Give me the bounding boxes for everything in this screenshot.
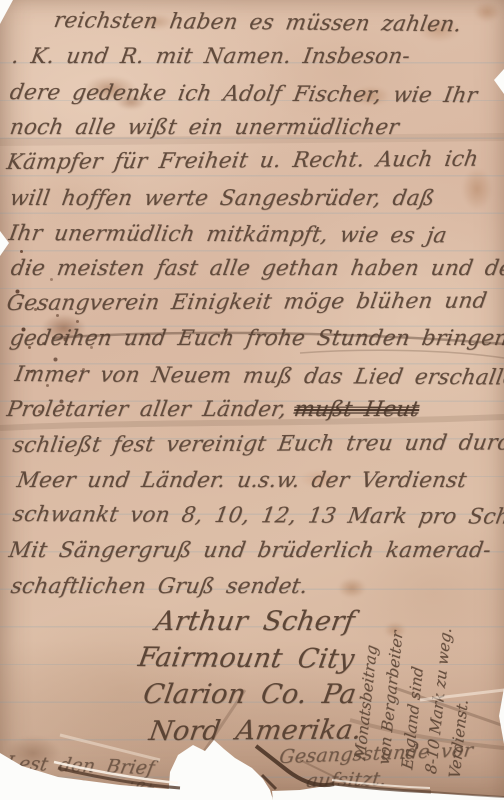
handwriting-line: . K. und R. mit Namen. Insbeson- [10,44,412,69]
handwriting-line: Proletarier aller Länder,mußt Heut [5,397,421,422]
signature-city-line: Fairmount City [136,642,357,675]
handwriting-line: Meer und Länder. u.s.w. der Verdienst [15,468,468,493]
signature-country-line: Nord Amerika. [147,715,364,747]
handwriting-line: will hoffen werte Sangesbrüder, daß [8,186,436,211]
postscript-fragment: aufsitzt. [305,768,388,792]
stain [338,578,366,598]
stain [474,2,500,22]
handwriting-line: noch alle wißt ein unermüdlicher [8,115,401,140]
signature-name-line: Arthur Scherf [153,606,357,637]
handwriting-line: reichsten haben es müssen zahlen. [52,8,463,37]
handwriting-line: Gesangverein Einigkeit möge blühen und [5,288,489,316]
handwriting-line: Mit Sängergruß und brüderlich kamerad- [7,538,493,563]
handwriting-line: dere gedenke ich Adolf Fischer, wie Ihr [8,80,479,108]
handwriting-text: Proletarier aller Länder, [5,397,288,422]
handwriting-line: die meisten fast alle gethan haben und d… [9,256,504,281]
postscript-fragment: daß Ihr wißt [20,776,156,800]
strikethrough-text: mußt Heut [292,397,421,422]
handwriting-line: schaftlichen Gruß sendet. [9,574,309,599]
handwriting-line: schwankt von 8, 10, 12, 13 Mark pro Schi… [11,502,504,530]
signature-county-line: Clarion Co. Pa [141,679,359,710]
handwriting-line: schließt fest vereinigt Euch treu und du… [11,430,504,458]
handwriting-line: Immer von Neuem muß das Lied erschallen [13,362,504,391]
handwriting-line: Ihr unermüdlich mitkämpft, wie es ja [7,221,449,248]
scanned-letter-page: reichsten haben es müssen zahlen. . K. u… [0,0,504,800]
handwriting-line: Kämpfer für Freiheit u. Recht. Auch ich [5,147,480,175]
stain [462,168,492,210]
ink-speckles [20,250,23,253]
handwriting-line: gedeihen und Euch frohe Stunden bringen. [8,326,504,351]
